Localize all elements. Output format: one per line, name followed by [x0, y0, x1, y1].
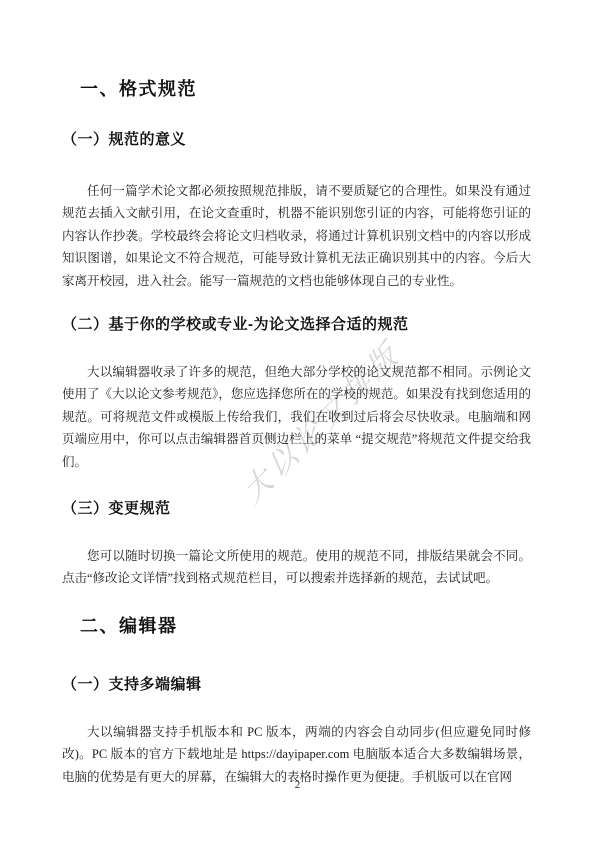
subsection-heading-multi-device-editing: （一）支持多端编辑: [62, 675, 531, 695]
subsection-heading-change-spec: （三）变更规范: [62, 499, 531, 519]
subsection-heading-choose-spec: （二）基于你的学校或专业-为论文选择合适的规范: [62, 315, 531, 335]
document-page: 大以论文排版 一、格式规范 （一）规范的意义 任何一篇学术论文都必须按照规范排版…: [0, 0, 595, 842]
paragraph-choose-spec: 大以编辑器收录了许多的规范，但绝大部分学校的论文规范都不相同。示例论文使用了《大…: [62, 361, 531, 473]
page-content: 一、格式规范 （一）规范的意义 任何一篇学术论文都必须按照规范排版，请不要质疑它…: [62, 0, 531, 788]
paragraph-multi-device-editing: 大以编辑器支持手机版本和 PC 版本，两端的内容会自动同步(但应避免同时修改)。…: [62, 721, 531, 788]
paragraph-change-spec: 您可以随时切换一篇论文所使用的规范。使用的规范不同，排版结果就会不同。点击“修改…: [62, 545, 531, 590]
page-number: 2: [0, 779, 595, 791]
section-heading-format-specs: 一、格式规范: [62, 78, 531, 100]
section-heading-editor: 二、编辑器: [62, 615, 531, 637]
paragraph-meaning-of-specs: 任何一篇学术论文都必须按照规范排版，请不要质疑它的合理性。如果没有通过规范去插入…: [62, 180, 531, 292]
subsection-heading-meaning-of-specs: （一）规范的意义: [62, 130, 531, 150]
